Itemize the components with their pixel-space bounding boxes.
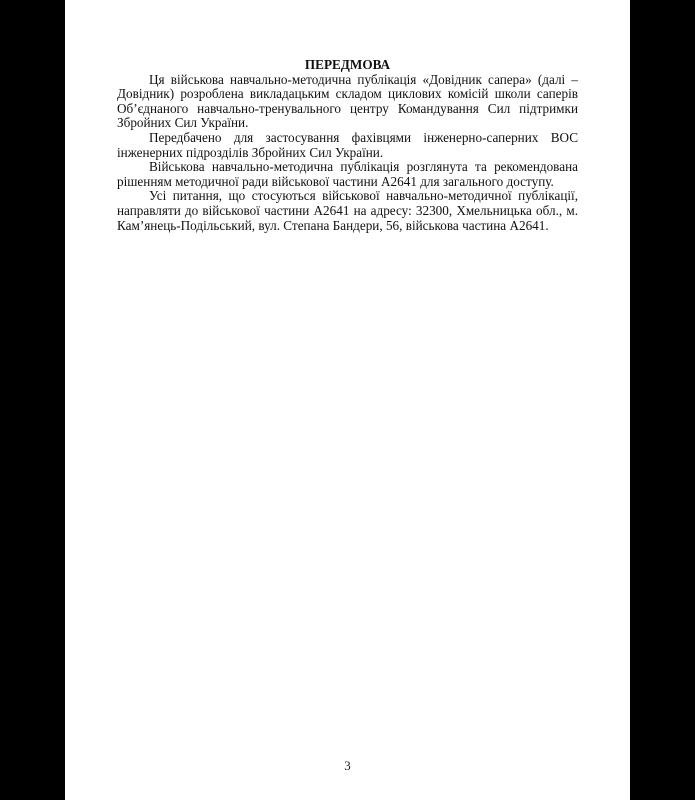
paragraph: Військова навчально-методична публікація… <box>117 160 578 189</box>
paragraph: Усі питання, що стосуються військової на… <box>117 189 578 233</box>
document-page: ПЕРЕДМОВА Ця військова навчально-методич… <box>65 0 630 800</box>
section-title: ПЕРЕДМОВА <box>117 58 578 73</box>
page-number: 3 <box>65 758 630 774</box>
paragraph: Передбачено для застосування фахівцями і… <box>117 131 578 160</box>
page-content: ПЕРЕДМОВА Ця військова навчально-методич… <box>117 58 578 233</box>
paragraph: Ця військова навчально-методична публіка… <box>117 73 578 131</box>
